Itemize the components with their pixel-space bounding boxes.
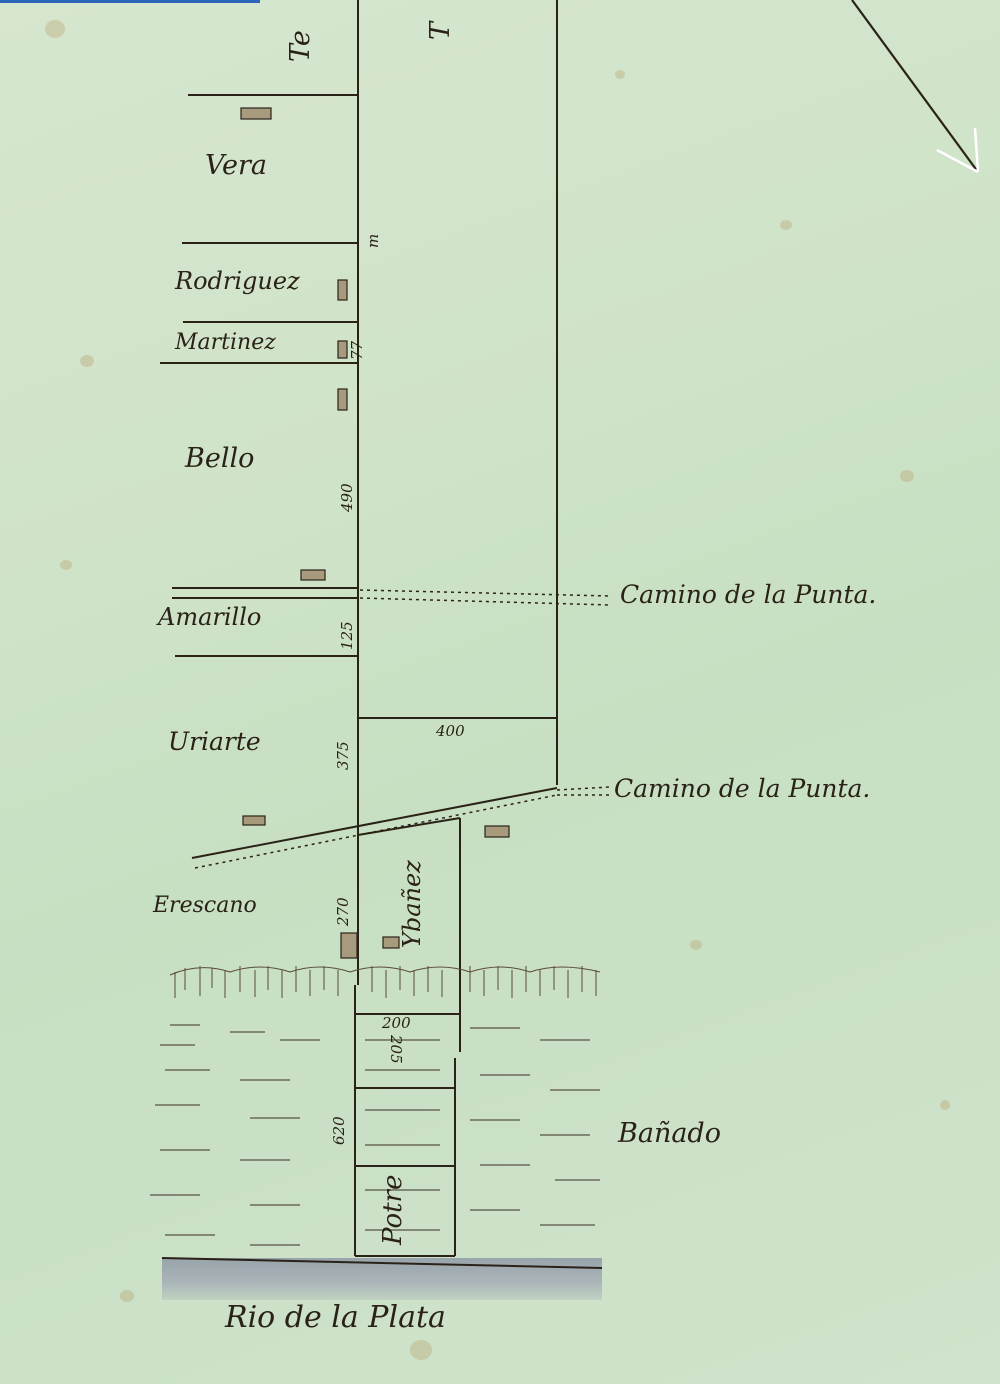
measure-400: 400 <box>436 722 465 740</box>
scarp-hachures <box>170 966 600 998</box>
potrero-label: Potre <box>378 1175 408 1245</box>
owner-martinez: Martinez <box>175 330 276 355</box>
measure-77: 77 <box>348 341 366 360</box>
measure-m: m <box>364 234 382 248</box>
owner-vera: Vera <box>205 150 267 181</box>
measure-270: 270 <box>334 897 352 926</box>
owner-uriarte: Uriarte <box>168 727 261 756</box>
measure-205: 205 <box>387 1035 405 1064</box>
measure-490: 490 <box>338 483 356 512</box>
banado-label: Bañado <box>618 1118 721 1149</box>
owner-amarillo: Amarillo <box>158 603 261 631</box>
owner-erescano: Erescano <box>153 893 257 918</box>
map-linework <box>0 0 1000 1384</box>
road-label-camino-punta-upper: Camino de la Punta. <box>620 580 876 609</box>
top-label-left: Te <box>285 30 316 62</box>
road-label-camino-punta-lower: Camino de la Punta. <box>614 774 870 803</box>
marsh-pattern <box>150 1025 600 1245</box>
measure-375: 375 <box>334 741 352 770</box>
owner-rodriguez: Rodriguez <box>175 267 300 295</box>
top-label-right: T <box>425 22 456 40</box>
measure-125: 125 <box>338 621 356 650</box>
measure-620: 620 <box>330 1116 348 1145</box>
owner-bello: Bello <box>185 443 254 474</box>
measure-200: 200 <box>382 1014 411 1032</box>
rio-de-la-plata-label: Rio de la Plata <box>225 1300 446 1335</box>
owner-ybanez: Ybañez <box>398 860 426 948</box>
